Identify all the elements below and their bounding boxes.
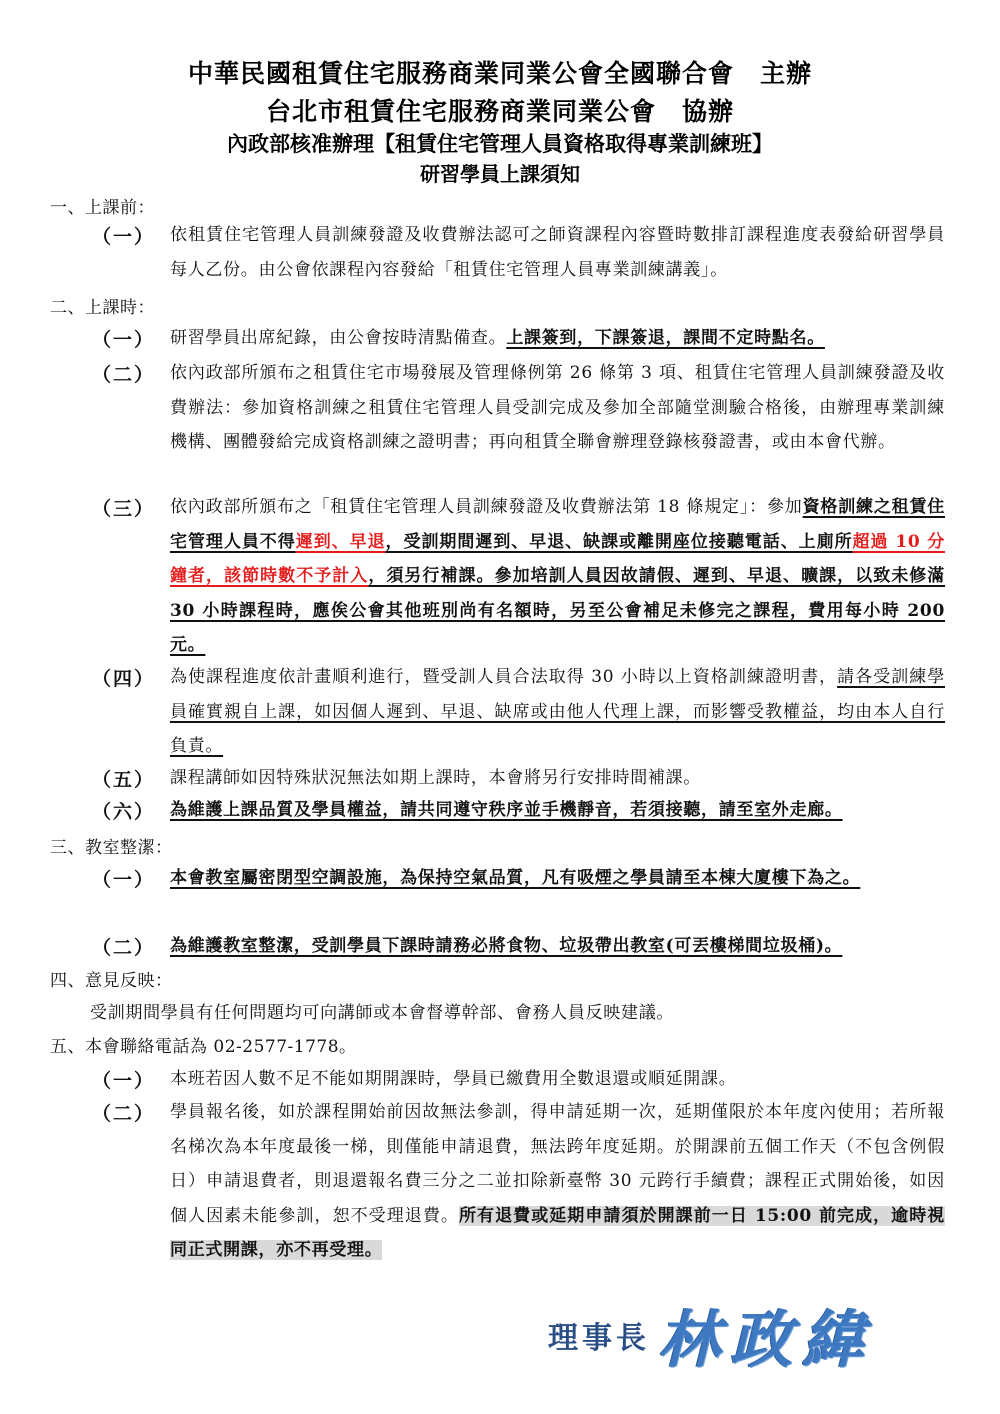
item-number: （二） xyxy=(92,360,155,387)
item-text: 本會教室屬密閉型空調設施，為保持空氣品質，凡有吸煙之學員請至本棟大廈樓下為之。 xyxy=(170,861,915,896)
item-number: （一） xyxy=(92,1066,155,1093)
feedback-text: 受訓期間學員有任何問題均可向講師或本會督導幹部、會務人員反映建議。 xyxy=(90,998,674,1023)
item-text: 為維護上課品質及學員權益，請共同遵守秩序並手機靜音，若須接聽，請至室外走廊。 xyxy=(170,793,945,828)
item-number: （一） xyxy=(92,865,155,892)
item-text-plain: 為使課程進度依計畫順利進行，暨受訓人員合法取得 30 小時以上資格訓練證明書， xyxy=(170,667,837,687)
item-text-red-emphasis: 遲到、早退 xyxy=(296,532,386,552)
item-text-emphasis: 本會教室屬密閉型空調設施，為保持空氣品質，凡有吸煙之學員請至本棟大廈樓下為之。 xyxy=(170,868,860,888)
section-heading-before-class: 一、上課前： xyxy=(50,193,155,218)
section-heading-feedback: 四、意見反映： xyxy=(50,966,173,991)
section-heading-during-class: 二、上課時： xyxy=(50,293,155,318)
item-text: 為維護教室整潔，受訓學員下課時請務必將食物、垃圾帶出教室(可丟樓梯間垃圾桶)。 xyxy=(170,929,945,964)
item-number: （二） xyxy=(92,933,155,960)
item-text: 本班若因人數不足不能如期開課時，學員已繳費用全數退還或順延開課。 xyxy=(170,1062,945,1097)
item-text-emphasis: ，受訓期間遲到、早退、缺課或離開座位接聽電話、上廁所 xyxy=(386,532,853,552)
item-text: 學員報名後，如於課程開始前因故無法參訓，得申請延期一次，延期僅限於本年度內使用；… xyxy=(170,1095,945,1268)
item-text: 為使課程進度依計畫順利進行，暨受訓人員合法取得 30 小時以上資格訓練證明書，請… xyxy=(170,660,945,764)
item-text: 依租賃住宅管理人員訓練發證及收費辦法認可之師資課程內容暨時數排訂課程進度表發給研… xyxy=(170,218,945,287)
item-text: 研習學員出席紀錄，由公會按時清點備查。上課簽到，下課簽退，課間不定時點名。 xyxy=(170,321,945,356)
item-number: （一） xyxy=(92,325,155,352)
item-text-emphasis: 為維護上課品質及學員權益，請共同遵守秩序並手機靜音，若須接聽，請至室外走廊。 xyxy=(170,800,843,820)
item-number: （一） xyxy=(92,222,155,249)
item-text-emphasis: 為維護教室整潔，受訓學員下課時請務必將食物、垃圾帶出教室(可丟樓梯間垃圾桶)。 xyxy=(170,936,842,956)
item-text-plain: 研習學員出席紀錄，由公會按時清點備查。 xyxy=(170,328,506,348)
item-text-plain: 依內政部所頒布之「租賃住宅管理人員訓練發證及收費辦法第 18 條規定」：參加 xyxy=(170,497,803,517)
signature-name: 林政緯 xyxy=(658,1290,874,1379)
organizer-title: 中華民國租賃住宅服務商業同業公會全國聯合會 主辦 xyxy=(0,54,1000,90)
signature-block: 理事長 林政緯 xyxy=(548,1290,874,1379)
section-heading-classroom: 三、教室整潔： xyxy=(50,833,173,858)
item-number: （五） xyxy=(92,765,155,792)
item-text-emphasis: 上課簽到，下課簽退，課間不定時點名。 xyxy=(506,328,825,348)
item-text: 課程講師如因特殊狀況無法如期上課時，本會將另行安排時間補課。 xyxy=(170,761,945,796)
item-number: （六） xyxy=(92,797,155,824)
item-text: 依內政部所頒布之「租賃住宅管理人員訓練發證及收費辦法第 18 條規定」：參加資格… xyxy=(170,490,945,663)
co-organizer-title: 台北市租賃住宅服務商業同業公會 協辦 xyxy=(0,92,1000,128)
course-title: 內政部核准辦理【租賃住宅管理人員資格取得專業訓練班】 xyxy=(0,128,1000,158)
section-heading-contact: 五、本會聯絡電話為 02-2577-1778。 xyxy=(50,1032,357,1057)
item-number: （二） xyxy=(92,1099,155,1126)
item-number: （三） xyxy=(92,494,155,521)
item-number: （四） xyxy=(92,664,155,691)
document-title: 研習學員上課須知 xyxy=(0,158,1000,187)
signature-title: 理事長 xyxy=(548,1313,650,1357)
item-text: 依內政部所頒布之租賃住宅市場發展及管理條例第 26 條第 3 項、租賃住宅管理人… xyxy=(170,356,945,460)
